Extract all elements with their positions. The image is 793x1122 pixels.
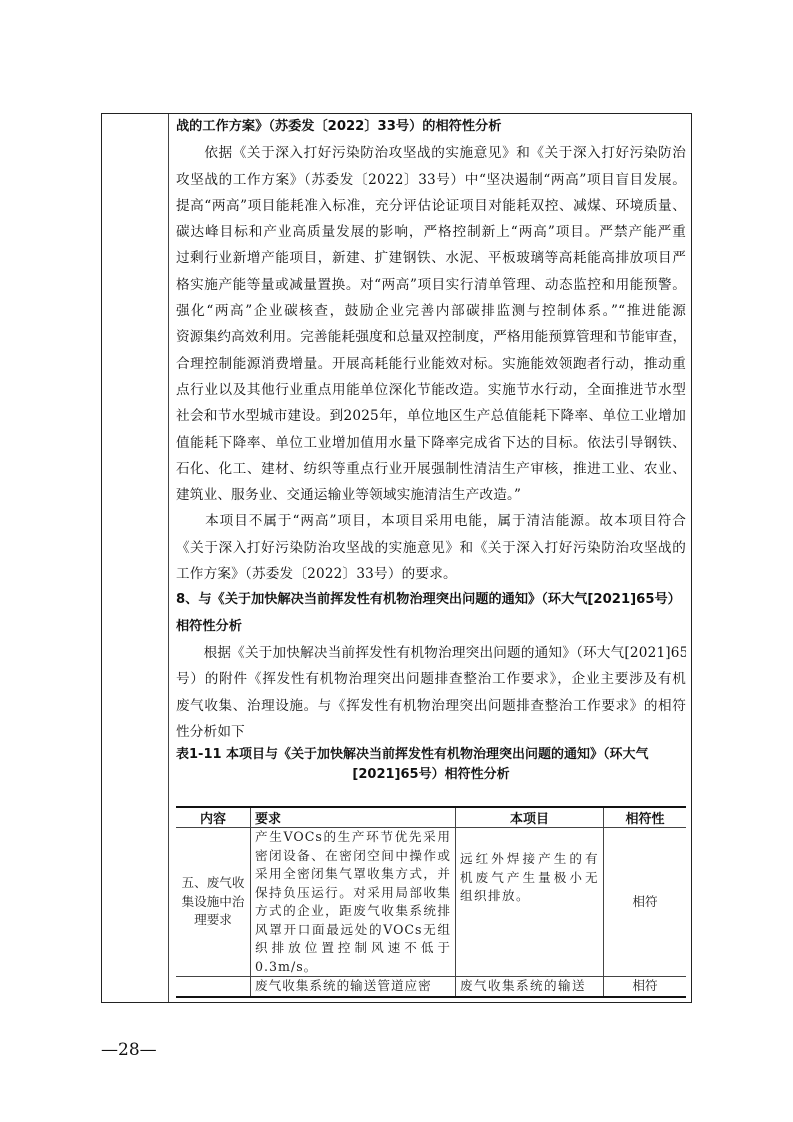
- paragraph-line: 过剩行业新增产能项目，新建、扩建钢铁、水泥、平板玻璃等高耗能高排放项目严: [176, 245, 686, 271]
- table-caption-cont: [2021]65号）相符性分析: [176, 765, 686, 785]
- paragraph-line: 值能耗下降率、单位工业增加值用水量下降率完成省下达的目标。依法引导钢铁、: [176, 430, 686, 456]
- cell-content: 五、废气收集设施中治理要求: [176, 828, 251, 977]
- header-compliance: 相符性: [604, 807, 687, 828]
- paragraph-line: 号）的附件《挥发性有机物治理突出问题排查整治工作要求》，企业主要涉及有机: [176, 666, 686, 692]
- paragraph-line: 性分析如下: [176, 719, 686, 745]
- form-frame: 战的工作方案》（苏委发〔2022〕33号）的相符性分析 依据《关于深入打好污染防…: [101, 113, 692, 1003]
- paragraph-line: 废气收集、治理设施。与《挥发性有机物治理突出问题排查整治工作要求》的相符: [176, 693, 686, 719]
- paragraph-line: 社会和节水型城市建设。到2025年，单位地区生产总值能耗下降率、单位工业增加: [176, 403, 686, 429]
- conclusion-line: 本项目不属于“两高”项目，本项目采用电能，属于清洁能源。故本项目符合: [176, 508, 686, 534]
- analysis-text: 战的工作方案》（苏委发〔2022〕33号）的相符性分析 依据《关于深入打好污染防…: [176, 114, 686, 785]
- conclusion-line: 工作方案》（苏委发〔2022〕33号）的要求。: [176, 561, 686, 587]
- paragraph-line: 点行业以及其他行业重点用能单位深化节能改造。实施节水行动，全面推进节水型: [176, 377, 686, 403]
- paragraph-line: 资源集约高效利用。完善能耗强度和总量双控制度，严格用能预算管理和节能审查，: [176, 324, 686, 350]
- paragraph-line: 碳达峰目标和产业高质量发展的影响，严格控制新上“两高”项目。严禁产能严重: [176, 219, 686, 245]
- table-row: 废气收集系统的输送管道应密 废气收集系统的输送 相符: [176, 977, 686, 997]
- compliance-table: 内容 要求 本项目 相符性 五、废气收集设施中治理要求 产生VOCs的生产环节优…: [176, 806, 686, 998]
- paragraph-line: 攻坚战的工作方案》（苏委发〔2022〕33号）中“坚决遏制“两高”项目盲目发展。: [176, 167, 686, 193]
- table-row: 五、废气收集设施中治理要求 产生VOCs的生产环节优先采用密闭设备、在密闭空间中…: [176, 828, 686, 977]
- paragraph-line: 依据《关于深入打好污染防治攻坚战的实施意见》和《关于深入打好污染防治: [176, 140, 686, 166]
- paragraph-line: 合理控制能源消费增量。开展高耗能行业能效对标。实施能效领跑者行动，推动重: [176, 351, 686, 377]
- cell-compliance: 相符: [604, 977, 687, 997]
- section-heading-8-cont: 相符性分析: [176, 614, 686, 640]
- cell-compliance: 相符: [604, 828, 687, 977]
- header-content: 内容: [176, 807, 251, 828]
- paragraph-line: 建筑业、服务业、交通运输业等领域实施清洁生产改造。”: [176, 482, 686, 508]
- header-project: 本项目: [456, 807, 604, 828]
- header-requirement: 要求: [251, 807, 456, 828]
- cell-project: 废气收集系统的输送: [456, 977, 604, 997]
- cell-requirement: 产生VOCs的生产环节优先采用密闭设备、在密闭空间中操作或采用全密闭集气罩收集方…: [251, 828, 456, 977]
- table-caption: 表1-11 本项目与《关于加快解决当前挥发性有机物治理突出问题的通知》（环大气: [176, 745, 686, 765]
- paragraph-line: 根据《关于加快解决当前挥发性有机物治理突出问题的通知》（环大气[2021]65: [176, 640, 686, 666]
- cell-content: [176, 977, 251, 997]
- cell-requirement: 废气收集系统的输送管道应密: [251, 977, 456, 997]
- paragraph-line: 格实施产能等量或减量置换。对“两高”项目实行清单管理、动态监控和用能预警。: [176, 272, 686, 298]
- paragraph-line: 石化、化工、建材、纺织等重点行业开展强制性清洁生产审核，推进工业、农业、: [176, 456, 686, 482]
- paragraph-line: 强化“两高”企业碳核查，鼓励企业完善内部碳排监测与控制体系。”“推进能源: [176, 298, 686, 324]
- conclusion-line: 《关于深入打好污染防治攻坚战的实施意见》和《关于深入打好污染防治攻坚战的: [176, 535, 686, 561]
- section-heading-continued: 战的工作方案》（苏委发〔2022〕33号）的相符性分析: [176, 114, 686, 140]
- cell-project: 远红外焊接产生的有机废气产生量极小无组织排放。: [456, 828, 604, 977]
- table-header-row: 内容 要求 本项目 相符性: [176, 807, 686, 828]
- paragraph-line: 提高“两高”项目能耗准入标准，充分评估论证项目对能耗双控、减煤、环境质量、: [176, 193, 686, 219]
- page-number: —28—: [101, 1040, 157, 1060]
- section-heading-8: 8、与《关于加快解决当前挥发性有机物治理突出问题的通知》（环大气[2021]65…: [176, 587, 686, 613]
- column-divider: [168, 114, 169, 1002]
